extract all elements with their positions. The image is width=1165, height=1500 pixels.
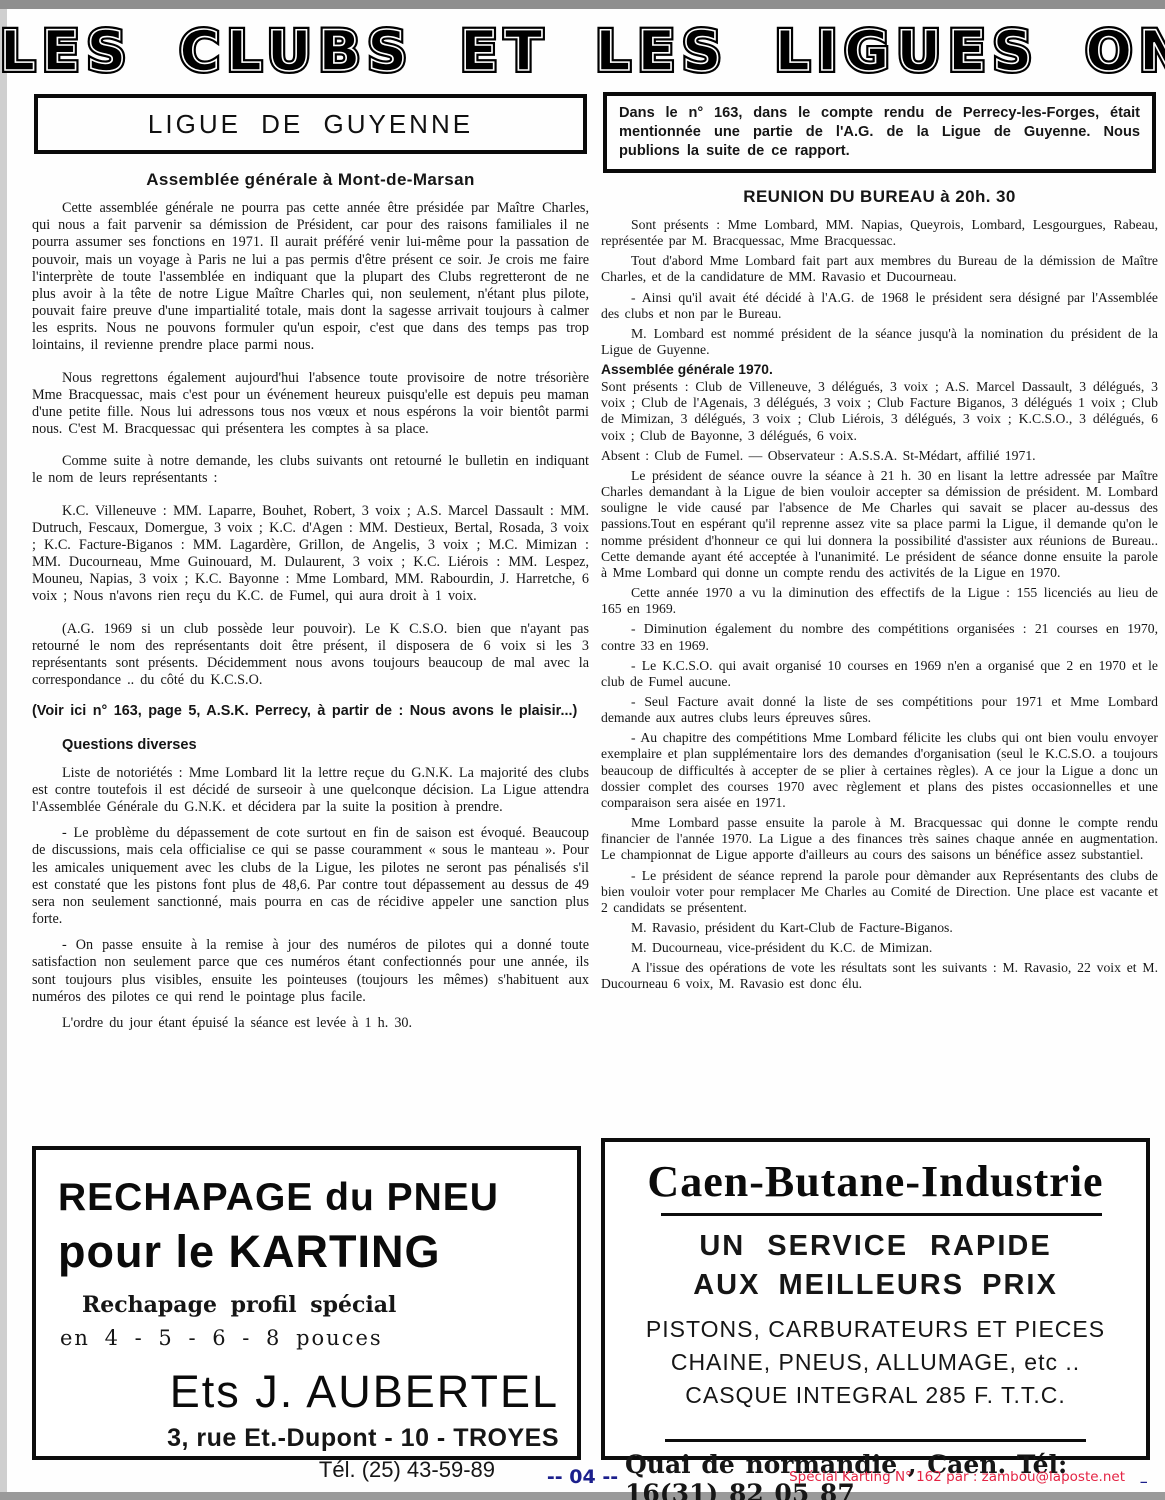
paragraph: - Au chapitre des compétitions Mme Lomba…	[601, 730, 1158, 811]
paragraph: (A.G. 1969 si un club possède leur pouvo…	[32, 621, 589, 690]
paragraph: Sont présents : Club de Villeneuve, 3 dé…	[601, 379, 1158, 444]
paragraph: Le président de séance ouvre la séance à…	[601, 468, 1158, 581]
two-column-layout: LIGUE DE GUYENNE Assemblée générale à Mo…	[32, 92, 1158, 1470]
editor-note: (Voir ici n° 163, page 5, A.S.K. Perrecy…	[32, 703, 589, 720]
paragraph: L'ordre du jour étant épuisé la séance e…	[32, 1015, 589, 1032]
ad-text: CHAINE, PNEUS, ALLUMAGE, etc ..	[621, 1349, 1130, 1376]
ad-text: PISTONS, CARBURATEURS ET PIECES	[621, 1316, 1130, 1343]
paragraph: Tout d'abord Mme Lombard fait part aux m…	[601, 253, 1158, 285]
caen-butane-ad: Caen-Butane-Industrie UN SERVICE RAPIDE …	[601, 1138, 1150, 1460]
paragraph: K.C. Villeneuve : MM. Laparre, Bouhet, R…	[32, 503, 589, 606]
page-footer: -- 04 -- Spécial Karting N° 162 par : za…	[0, 1466, 1165, 1492]
left-column: LIGUE DE GUYENNE Assemblée générale à Mo…	[32, 92, 589, 1470]
aubertel-ad: RECHAPAGE du PNEU pour le KARTING Rechap…	[32, 1146, 581, 1460]
ligue-de-guyenne-box: LIGUE DE GUYENNE	[34, 94, 587, 154]
paragraph: - On passe ensuite à la remise à jour de…	[32, 937, 589, 1006]
page-title-outline: LES CLUBS ET LES LIGUES ONT VOTE	[0, 14, 1165, 88]
paragraph: Nous regrettons également aujourd'hui l'…	[32, 370, 589, 439]
paragraph: Sont présents : Mme Lombard, MM. Napias,…	[601, 217, 1158, 249]
ad-divider	[661, 1213, 1102, 1216]
paragraph: Absent : Club de Fumel. — Observateur : …	[601, 448, 1158, 464]
ad-headline: AUX MEILLEURS PRIX	[621, 1269, 1130, 1302]
paragraph: - Diminution également du nombre des com…	[601, 621, 1158, 653]
intro-box: Dans le n° 163, dans le compte rendu de …	[603, 92, 1156, 173]
paragraph: Cette assemblée générale ne pourra pas c…	[32, 200, 589, 355]
ad-company-name: Ets J. AUBERTEL	[58, 1366, 559, 1418]
paragraph: - Le problème du dépassement de cote sur…	[32, 825, 589, 928]
ad-headline: UN SERVICE RAPIDE	[621, 1230, 1130, 1263]
page-edge-top	[0, 0, 1165, 9]
ad-text: CASQUE INTEGRAL 285 F. T.T.C.	[621, 1382, 1130, 1409]
paragraph: - Seul Facture avait donné la liste de s…	[601, 694, 1158, 726]
paragraph: Cette année 1970 a vu la diminution des …	[601, 585, 1158, 617]
credit-text: Spécial Karting N° 162 par : zambou@lapo…	[789, 1469, 1125, 1485]
ad-text: en 4 - 5 - 6 - 8 pouces	[60, 1326, 559, 1350]
paragraph: Mme Lombard passe ensuite la parole à M.…	[601, 815, 1158, 863]
paragraph: - Ainsi qu'il avait été décidé à l'A.G. …	[601, 290, 1158, 322]
assemblee-1970-heading: Assemblée générale 1970.	[601, 362, 1158, 377]
paragraph: - Le président de séance reprend la paro…	[601, 868, 1158, 916]
ad-headline: pour le KARTING	[58, 1226, 559, 1278]
right-article: Dans le n° 163, dans le compte rendu de …	[601, 92, 1158, 1146]
paragraph: Liste de notoriétés : Mme Lombard lit la…	[32, 765, 589, 817]
ad-divider	[665, 1439, 1086, 1442]
page-title: LES CLUBS ET LES LIGUES ONT VOTE LES CLU…	[0, 14, 1165, 88]
right-column: Dans le n° 163, dans le compte rendu de …	[601, 92, 1158, 1470]
questions-diverses-heading: Questions diverses	[32, 737, 589, 753]
paragraph: M. Ravasio, président du Kart-Club de Fa…	[601, 920, 1158, 936]
paragraph: Comme suite à notre demande, les clubs s…	[32, 453, 589, 487]
paragraph: M. Lombard est nommé président de la séa…	[601, 326, 1158, 358]
ad-address: 3, rue Et.-Dupont - 10 - TROYES	[58, 1424, 559, 1453]
paragraph: M. Ducourneau, vice-président du K.C. de…	[601, 940, 1158, 956]
assemblee-generale-heading: Assemblée générale à Mont-de-Marsan	[32, 170, 589, 190]
ligue-de-guyenne-title: LIGUE DE GUYENNE	[148, 109, 473, 140]
left-article: LIGUE DE GUYENNE Assemblée générale à Mo…	[32, 92, 589, 1146]
reunion-du-bureau-heading: REUNION DU BUREAU à 20h. 30	[601, 187, 1158, 207]
ad-company-name: Caen-Butane-Industrie	[621, 1156, 1130, 1207]
paragraph: A l'issue des opérations de vote les rés…	[601, 960, 1158, 992]
ad-headline: RECHAPAGE du PNEU	[58, 1176, 559, 1220]
ad-text: Rechapage profil spécial	[82, 1292, 559, 1318]
paragraph: - Le K.C.S.O. qui avait organisé 10 cour…	[601, 658, 1158, 690]
cursor-mark: _	[1141, 1469, 1148, 1484]
page-edge-left	[0, 9, 7, 1492]
